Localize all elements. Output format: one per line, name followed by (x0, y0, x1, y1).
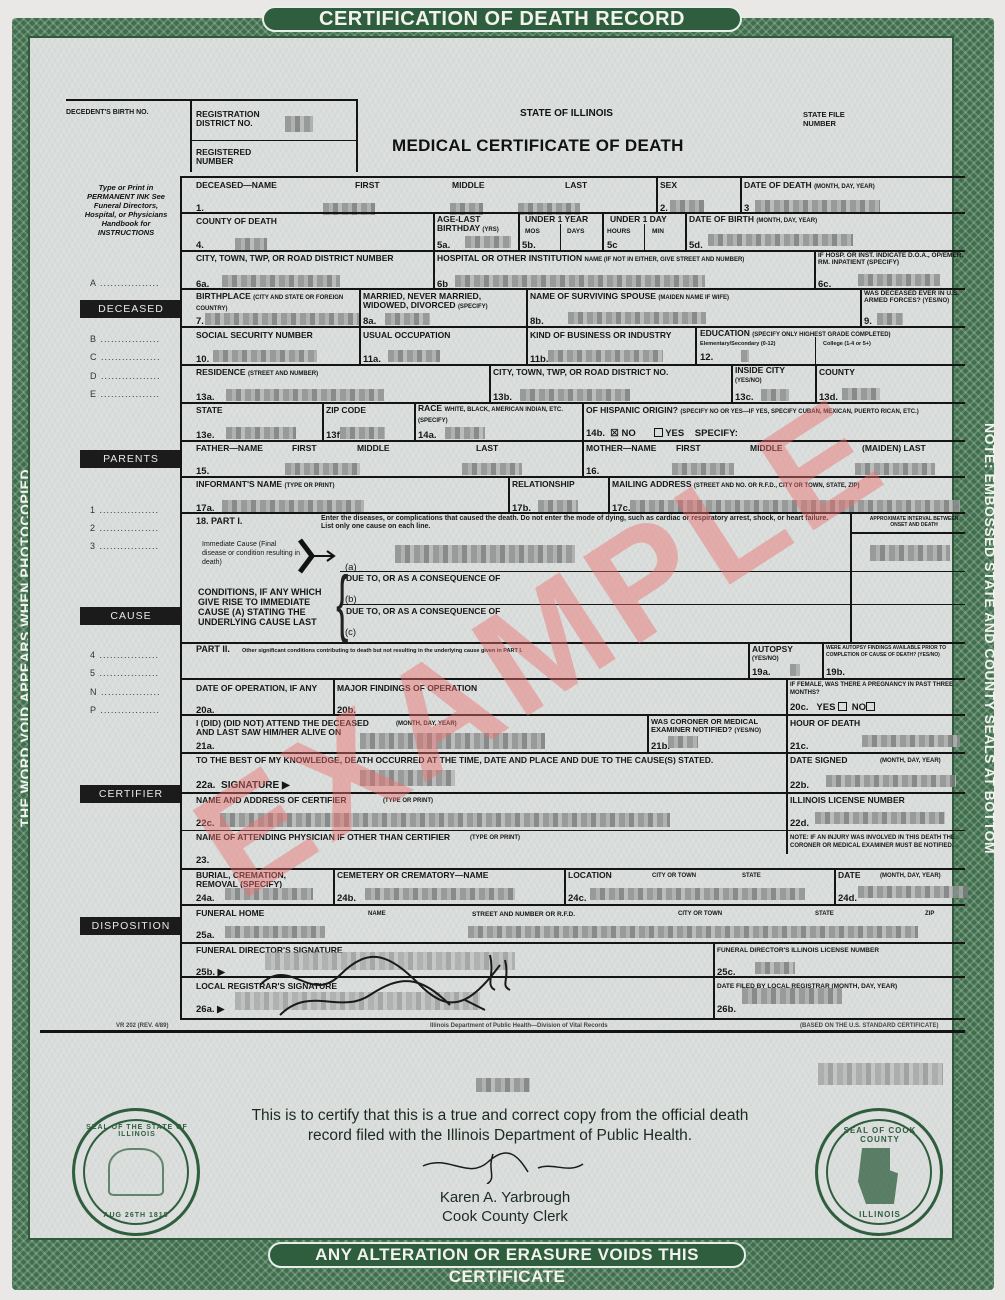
funeral-home-address-redacted (468, 926, 918, 938)
divider (834, 868, 836, 904)
field-label: CITY OR TOWN (678, 910, 722, 919)
field-label: TO THE BEST OF MY KNOWLEDGE, DEATH OCCUR… (196, 756, 781, 765)
divider (582, 440, 584, 476)
field-label: CITY, TOWN, TWP, OR ROAD DISTRICT NUMBER (196, 254, 394, 263)
father-first-name-redacted (285, 463, 360, 475)
divider (647, 714, 649, 752)
field-label: ZIP CODE (326, 406, 366, 415)
field-label: WAS CORONER OR MEDICAL EXAMINER NOTIFIED… (651, 718, 786, 735)
divider (860, 288, 862, 326)
field-label: NAME OF ATTENDING PHYSICIAN IF OTHER THA… (196, 833, 450, 842)
state-seal-date: AUG 26TH 1818 (96, 1212, 176, 1219)
city-of-death-redacted (222, 275, 340, 287)
divider (695, 326, 697, 364)
field-label: RACE WHITE, BLACK, AMERICAN INDIAN, etc.… (418, 404, 583, 426)
clerk-name: Karen A. Yarbrough (400, 1188, 610, 1207)
issue-date-redacted (476, 1078, 530, 1092)
section-tab-deceased: DECEASED (80, 300, 182, 318)
field-label: WERE AUTOPSY FINDINGS AVAILABLE PRIOR TO… (826, 645, 964, 659)
hour-of-death-redacted (862, 735, 960, 747)
field-label: UNDER 1 DAY (610, 215, 667, 224)
field-label: LAST (476, 444, 498, 453)
field-label: MIDDLE (357, 444, 390, 453)
field-number: 26b. (717, 1004, 736, 1015)
handwritten-signatures (250, 945, 540, 1025)
field-label: HOURS (607, 227, 630, 236)
divider (180, 714, 965, 716)
field-label: (MONTH, DAY, YEAR) (396, 720, 457, 729)
divider (814, 250, 816, 288)
margin-code: 2 ................. (90, 523, 159, 533)
field-label: MAJOR FINDINGS OF OPERATION (337, 684, 477, 693)
due-to-label: DUE TO, OR AS A CONSEQUENCE OF (346, 607, 500, 616)
divider (180, 364, 965, 366)
field-label: (TYPE OR PRINT) (383, 797, 433, 806)
mother-first-name-redacted (672, 463, 734, 475)
state-file-number-label: STATE FILE NUMBER (803, 110, 873, 128)
divider (582, 402, 584, 440)
field-label: DATE (838, 871, 861, 880)
clerk-signature (418, 1152, 588, 1184)
birthplace-redacted (205, 313, 360, 325)
margin-code: E ................. (90, 389, 160, 399)
divider (731, 364, 733, 402)
field-number: 26a. ▶ (196, 1004, 224, 1015)
field-label: DATE OF BIRTH (MONTH, DAY, YEAR) (689, 215, 817, 226)
field-label: BIRTHPLACE (CITY AND STATE OR FOREIGN CO… (196, 292, 356, 314)
age-redacted (465, 236, 511, 248)
zip-code-redacted (340, 427, 385, 439)
field-label: UNDER 1 YEAR (525, 215, 588, 224)
conditions-label: CONDITIONS, IF ANY WHICH GIVE RISE TO IM… (198, 587, 333, 627)
field-label: IF FEMALE, WAS THERE A PREGNANCY IN PAST… (790, 681, 965, 697)
divider (414, 402, 416, 440)
inside-city-redacted (761, 389, 789, 401)
margin-code: 3 ................. (90, 541, 159, 551)
field-label: FUNERAL DIRECTOR'S ILLINOIS LICENSE NUMB… (717, 946, 879, 955)
county-of-death-redacted (235, 238, 267, 250)
department-label: Illinois Department of Public Health—Div… (430, 1022, 608, 1031)
certifier-license-redacted (815, 812, 945, 824)
field-label: STATE (815, 910, 834, 919)
registration-district-value-redacted (285, 116, 313, 132)
divider (564, 868, 566, 904)
divider (180, 326, 965, 328)
divider (602, 212, 604, 250)
section-tab-disposition: DISPOSITION (80, 917, 182, 935)
divider (685, 212, 687, 250)
field-label: (YES/NO) (752, 655, 779, 664)
field-label: College (1-4 or 5+) (823, 340, 871, 349)
divider (322, 402, 324, 440)
business-industry-redacted (548, 350, 663, 362)
section-tab-cause: CAUSE (80, 607, 182, 625)
margin-code: 4 ................. (90, 650, 159, 660)
instructions-text: Type or Print in PERMANENT INK See Funer… (78, 183, 174, 237)
ssn-redacted (213, 350, 317, 362)
surviving-spouse-redacted (568, 312, 706, 324)
informant-address-redacted (630, 500, 960, 512)
part-two-instructions: Other significant conditions contributin… (242, 647, 747, 656)
divider (180, 476, 965, 478)
field-label: IF HOSP. OR INST. INDICATE D.O.A., OP/EM… (818, 252, 966, 266)
divider (180, 942, 965, 944)
divider (656, 176, 658, 212)
field-label: COUNTY OF DEATH (196, 217, 277, 226)
arrow-icon (295, 538, 337, 574)
field-number: 22d. (790, 818, 809, 829)
divider (786, 714, 788, 854)
divider (180, 752, 965, 754)
certificate-number-redacted (818, 1063, 943, 1085)
hospital-name-redacted (455, 275, 705, 287)
field-label: ZIP (925, 910, 934, 919)
margin-code: B ................. (90, 334, 160, 344)
part-two-label: PART II. (196, 645, 230, 654)
death-certificate-form: DECEDENT'S BIRTH NO. REGISTRATION DISTRI… (0, 0, 1005, 1300)
section-tab-parents: PARENTS (80, 450, 182, 468)
field-label: DAYS (567, 227, 584, 236)
sex-value-redacted (670, 200, 704, 212)
field-label: LAST (565, 181, 587, 190)
field-number: 21a. (196, 741, 215, 752)
decedent-birth-no-label: DECEDENT'S BIRTH NO. (66, 108, 149, 117)
divider (740, 176, 742, 212)
eagle-icon (108, 1148, 164, 1196)
field-number: 20c. YES NO (790, 702, 877, 713)
field-number: 22c. (196, 818, 215, 829)
divider (340, 571, 965, 572)
field-number: 22a. SIGNATURE ▶ (196, 780, 290, 791)
field-label: SOCIAL SECURITY NUMBER (196, 331, 313, 340)
margin-code: A ................. (90, 278, 160, 288)
field-number: 23. (196, 855, 209, 866)
field-label: (MONTH, DAY, YEAR) (880, 757, 941, 766)
field-label: MIDDLE (750, 444, 783, 453)
field-label: MOS (525, 227, 540, 236)
signature-label: SIGNATURE ▶ (221, 780, 290, 791)
field-label: STREET AND NUMBER OR R.F.D. (472, 910, 575, 919)
clerk-block: Karen A. Yarbrough Cook County Clerk (400, 1188, 610, 1226)
divider (180, 642, 965, 644)
mother-maiden-name-redacted (855, 463, 935, 475)
divider (340, 604, 965, 605)
divider (518, 212, 520, 250)
divider (66, 99, 358, 101)
divider (180, 678, 965, 680)
interval-a-redacted (870, 545, 950, 561)
divider (713, 942, 715, 1018)
margin-code: C ................. (90, 352, 161, 362)
divider (180, 288, 965, 290)
informant-relationship-redacted (538, 500, 578, 512)
divider (850, 532, 965, 534)
date-filed-redacted (742, 988, 842, 1004)
hospital-status-redacted (858, 274, 940, 286)
marital-status-redacted (385, 313, 430, 325)
part-one-label: 18. PART I. (196, 517, 242, 526)
father-last-name-redacted (462, 463, 522, 475)
divider (508, 476, 510, 512)
divider (608, 476, 610, 512)
divider (180, 512, 965, 514)
pregnancy-yes-checkbox[interactable] (838, 702, 847, 711)
field-label: HOSPITAL OR OTHER INSTITUTION NAME (IF N… (437, 254, 744, 265)
disposition-date-redacted (858, 886, 968, 898)
standard-label: (BASED ON THE U.S. STANDARD CERTIFICATE) (800, 1022, 938, 1031)
residence-county-redacted (842, 388, 880, 400)
field-label: MIDDLE (452, 181, 485, 190)
field-label: MARRIED, NEVER MARRIED, WIDOWED, DIVORCE… (363, 292, 523, 312)
field-label: KIND OF BUSINESS OR INDUSTRY (530, 331, 671, 340)
field-label: DATE OF OPERATION, IF ANY (196, 684, 317, 693)
divider (359, 326, 361, 364)
field-number: 14b. ☒ NO YES SPECIFY: (586, 428, 738, 439)
field-label: BURIAL, CREMATION, REMOVAL (SPECIFY) (196, 871, 326, 889)
field-label: MAILING ADDRESS (STREET AND NO. OR R.F.D… (612, 480, 962, 491)
disposition-method-redacted (225, 888, 313, 900)
divider (644, 224, 645, 250)
field-number: 25b. ▶ (196, 967, 225, 978)
field-number: 25c. (717, 967, 736, 978)
field-label: DATE OF DEATH (MONTH, DAY, YEAR) (744, 181, 875, 192)
divider (180, 904, 965, 906)
field-label: RELATIONSHIP (512, 480, 575, 489)
funeral-director-license-redacted (755, 962, 795, 974)
field-number: 12. (700, 352, 713, 363)
state-seal-text: SEAL OF THE STATE OF ILLINOIS (82, 1124, 192, 1138)
frame-left (180, 176, 182, 976)
county-seal-text: SEAL OF COOK COUNTY (830, 1126, 930, 1144)
field-label: ILLINOIS LICENSE NUMBER (790, 796, 905, 805)
occupation-redacted (388, 350, 440, 362)
divider (180, 792, 965, 794)
field-label: INFORMANT'S NAME (TYPE OR PRINT) (196, 480, 334, 491)
field-label: USUAL OCCUPATION (363, 331, 450, 340)
margin-code: D ................. (90, 371, 161, 381)
field-number: 24c. (568, 893, 587, 904)
field-label: NAME AND ADDRESS OF CERTIFIER (196, 796, 347, 805)
registration-district-label: REGISTRATION DISTRICT NO. (196, 110, 276, 128)
divider (815, 364, 817, 402)
autopsy-redacted (790, 664, 800, 676)
injury-note: NOTE: IF AN INJURY WAS INVOLVED IN THIS … (790, 834, 962, 850)
margin-code: 1 ................. (90, 505, 159, 515)
certifier-signature-redacted (360, 770, 455, 786)
divider (815, 337, 816, 364)
divider (190, 99, 192, 172)
field-label: (TYPE OR PRINT) (470, 834, 520, 843)
field-label: NAME OF SURVIVING SPOUSE (MAIDEN NAME IF… (530, 292, 729, 303)
date-signed-redacted (826, 775, 956, 787)
field-label: COUNTY (819, 368, 855, 377)
field-label: DECEASED—NAME (196, 181, 277, 190)
interval-label: APPROXIMATE INTERVAL BETWEEN ONSET AND D… (868, 516, 960, 528)
field-label: NAME (368, 910, 386, 919)
residence-street-redacted (226, 389, 384, 401)
field-label: LOCATION (568, 871, 612, 880)
hispanic-yes-checkbox[interactable] (654, 428, 663, 437)
field-label: (MAIDEN) LAST (862, 444, 926, 453)
field-number: 22b. (790, 780, 809, 791)
field-number: 24d. (838, 893, 857, 904)
divider (748, 642, 750, 678)
field-label: RESIDENCE (STREET AND NUMBER) (196, 368, 318, 379)
education-redacted (741, 350, 749, 362)
cause-line-c: (c) (345, 627, 356, 638)
margin-code: 5 ................. (90, 668, 159, 678)
field-label: FATHER—NAME (196, 444, 263, 453)
last-seen-alive-date-redacted (360, 733, 545, 749)
cemetery-location-redacted (590, 888, 805, 900)
field-label: CITY, TOWN, TWP, OR ROAD DISTRICT NO. (493, 368, 668, 377)
field-label: WAS DECEASED EVER IN U.S. ARMED FORCES? … (864, 290, 966, 305)
part-one-instructions: Enter the diseases, or complications tha… (321, 515, 841, 531)
state-label: STATE OF ILLINOIS (520, 108, 613, 119)
field-label: AGE-LAST BIRTHDAY (YRS) (437, 215, 519, 235)
field-label: MOTHER—NAME (586, 444, 656, 453)
divider (190, 140, 357, 141)
divider (333, 678, 335, 714)
cemetery-name-redacted (365, 888, 515, 900)
divider (180, 176, 965, 178)
section-tab-certifier: CERTIFIER (80, 785, 182, 803)
divider (433, 212, 435, 250)
field-label: EDUCATION (SPECIFY ONLY HIGHEST GRADE CO… (700, 329, 891, 340)
certification-statement: This is to certify that this is a true a… (190, 1106, 810, 1146)
divider (356, 99, 358, 172)
divider (526, 288, 528, 326)
divider (822, 642, 824, 678)
immediate-cause-label: Immediate Cause (Final disease or condit… (202, 540, 302, 567)
divider (359, 288, 361, 326)
county-seal-state: ILLINOIS (845, 1210, 915, 1219)
field-number: 24b. (337, 893, 356, 904)
divider (786, 678, 788, 714)
field-label: (MONTH, DAY, YEAR) (880, 872, 941, 881)
field-label: CITY OR TOWN (652, 872, 696, 881)
field-label: SEX (660, 181, 677, 190)
date-of-birth-redacted (708, 234, 853, 246)
field-number: 19a. (752, 667, 771, 678)
margin-code: N ................. (90, 687, 161, 697)
hispanic-no-checkbox[interactable]: ☒ (610, 428, 619, 439)
armed-forces-redacted (877, 313, 903, 325)
divider (526, 326, 528, 364)
field-label: Elementary/Secondary (0-12) (700, 340, 776, 349)
clerk-title: Cook County Clerk (400, 1207, 610, 1226)
due-to-label: DUE TO, OR AS A CONSEQUENCE OF (346, 574, 500, 583)
certifier-name-address-redacted (220, 813, 670, 827)
field-label: CEMETERY OR CREMATORY—NAME (337, 871, 488, 880)
field-label: FUNERAL HOME (196, 909, 264, 918)
field-label: DATE SIGNED (790, 756, 847, 765)
field-label: INSIDE CITY (YES/NO) (735, 366, 799, 386)
field-label: STATE (196, 406, 223, 415)
field-number: 21c. (790, 741, 809, 752)
divider (180, 830, 965, 831)
field-label: AUTOPSY (752, 645, 793, 654)
divider (180, 976, 182, 1018)
field-label: MIN (652, 227, 664, 236)
residence-city-redacted (520, 389, 630, 401)
divider (489, 364, 491, 402)
pregnancy-no-checkbox[interactable] (866, 702, 875, 711)
margin-code: P ................. (90, 705, 160, 715)
residence-state-redacted (226, 427, 296, 439)
field-number: 19b. (826, 667, 845, 678)
field-label: STATE (742, 872, 761, 881)
immediate-cause-redacted (395, 545, 575, 563)
informant-name-redacted (222, 500, 364, 512)
field-label: FIRST (676, 444, 701, 453)
divider (560, 224, 561, 250)
funeral-home-name-redacted (225, 926, 325, 938)
page-title: MEDICAL CERTIFICATE OF DEATH (392, 136, 684, 156)
field-label: FIRST (355, 181, 380, 190)
registered-number-label: REGISTERED NUMBER (196, 148, 276, 166)
field-number: 25a. (196, 930, 215, 941)
field-label: FIRST (292, 444, 317, 453)
field-label: HOUR OF DEATH (790, 719, 860, 728)
field-label: OF HISPANIC ORIGIN? (SPECIFY NO OR YES—I… (586, 406, 966, 417)
divider (433, 250, 435, 288)
form-id: VR 202 (Rev. 4/89) (116, 1022, 168, 1031)
divider (180, 440, 965, 442)
field-label: I (DID) (DID NOT) ATTEND THE DECEASED AN… (196, 719, 371, 737)
divider (333, 868, 335, 904)
field-number: 24a. (196, 893, 215, 904)
coroner-notified-redacted (668, 736, 698, 748)
race-redacted (445, 427, 485, 439)
date-of-death-redacted (755, 200, 880, 212)
